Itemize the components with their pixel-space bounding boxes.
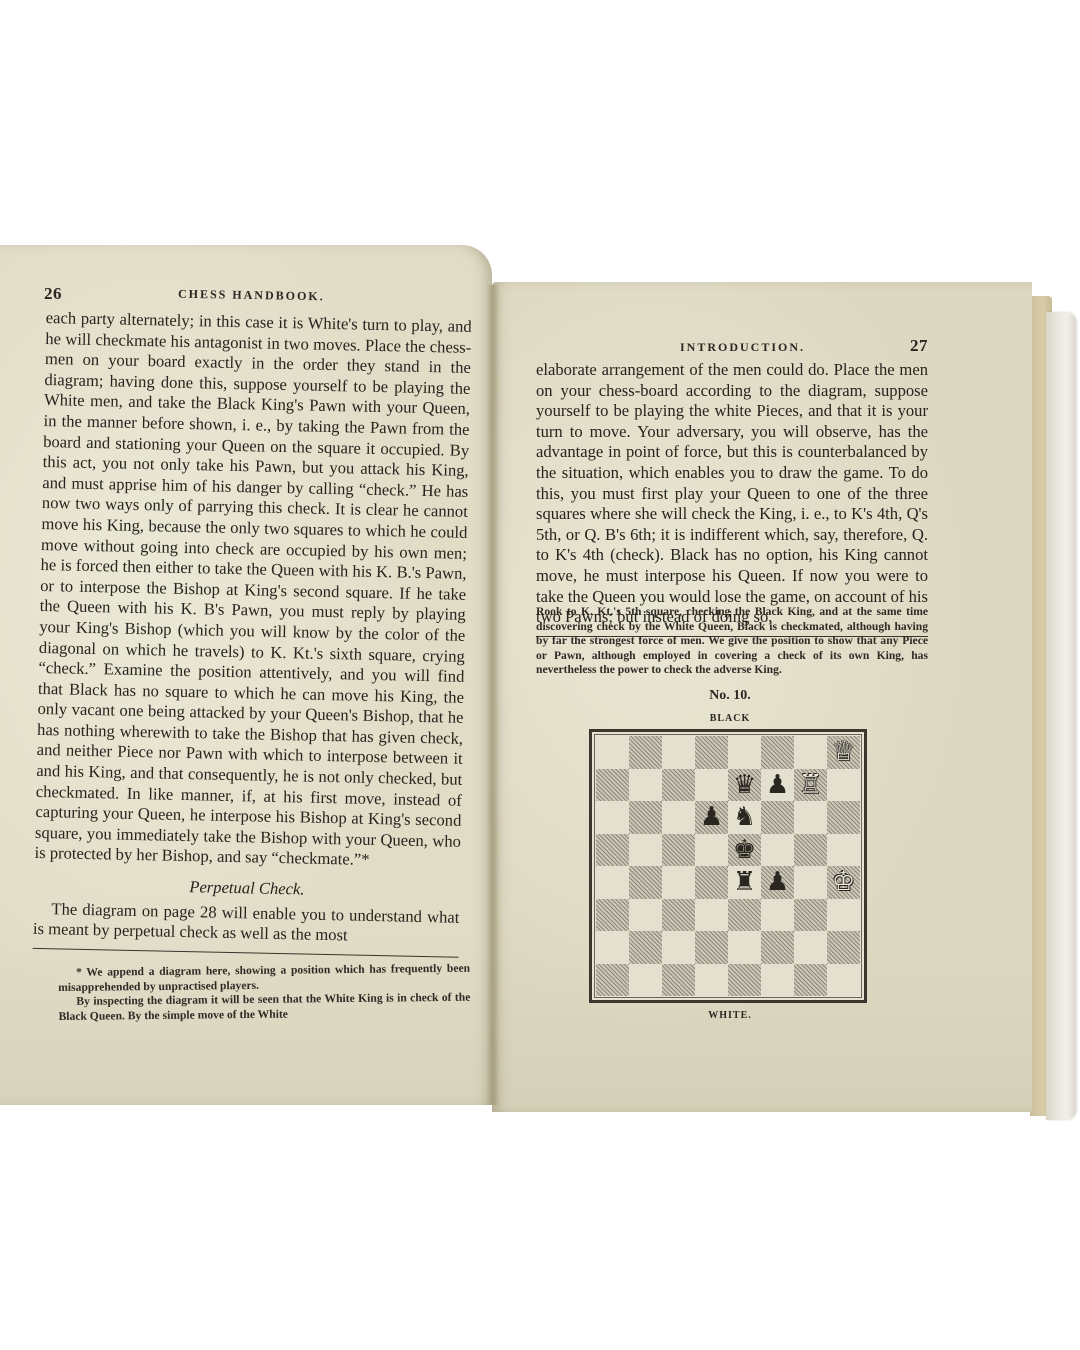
black-pawn-icon: ♟ — [766, 869, 789, 895]
board-square: ♚ — [728, 834, 761, 867]
white-queen-icon: ♕ — [832, 739, 855, 765]
chess-diagram: ♕♛♟♖♟♞♚♜♟♔ — [589, 729, 867, 1003]
board-square — [761, 964, 794, 997]
book-gutter — [486, 285, 500, 1105]
board-square — [629, 801, 662, 834]
board-square — [761, 736, 794, 769]
board-square — [596, 736, 629, 769]
footnote: * We append a diagram here, showing a po… — [58, 962, 470, 996]
right-page-number: 27 — [910, 336, 928, 356]
board-square — [596, 834, 629, 867]
board-square — [662, 964, 695, 997]
board-square — [662, 866, 695, 899]
white-rook-icon: ♖ — [799, 772, 822, 798]
board-square — [629, 964, 662, 997]
board-square: ♞ — [728, 801, 761, 834]
board-square — [794, 801, 827, 834]
board-square: ♟ — [695, 801, 728, 834]
white-king-icon: ♔ — [832, 869, 855, 895]
open-book: 26 CHESS HANDBOOK. each party alternatel… — [0, 0, 1080, 1350]
board-square — [761, 801, 794, 834]
board-square — [629, 834, 662, 867]
board-square — [728, 736, 761, 769]
diagram-label-black: BLACK — [680, 713, 780, 724]
board-square — [662, 769, 695, 802]
board-square: ♖ — [794, 769, 827, 802]
board-square — [761, 834, 794, 867]
left-paragraph: each party alternately; in this case it … — [34, 308, 472, 873]
board-square — [827, 769, 860, 802]
board-square — [728, 899, 761, 932]
board-square — [596, 866, 629, 899]
board-square — [596, 931, 629, 964]
board-square — [629, 769, 662, 802]
board-square — [827, 899, 860, 932]
section-paragraph: The diagram on page 28 will enable you t… — [33, 898, 460, 948]
board-square — [662, 899, 695, 932]
board-square — [794, 834, 827, 867]
black-pawn-icon: ♟ — [700, 804, 723, 830]
board-square: ♕ — [827, 736, 860, 769]
board-square: ♜ — [728, 866, 761, 899]
left-body-text: each party alternately; in this case it … — [32, 308, 471, 964]
left-running-head: CHESS HANDBOOK. — [178, 287, 325, 305]
board-square — [695, 931, 728, 964]
diagram-number: No. 10. — [680, 688, 780, 704]
board-square — [662, 801, 695, 834]
board-square — [695, 736, 728, 769]
board-square — [662, 834, 695, 867]
black-pawn-icon: ♟ — [766, 772, 789, 798]
board-square: ♟ — [761, 769, 794, 802]
black-king-icon: ♚ — [733, 837, 756, 863]
board-square — [629, 866, 662, 899]
board-square — [827, 964, 860, 997]
board-square — [827, 801, 860, 834]
right-paragraph: elaborate arrangement of the men could d… — [536, 360, 928, 628]
board-square — [794, 899, 827, 932]
board-square — [695, 834, 728, 867]
right-footnote: Rook to K. Kt.'s 5th square, checking th… — [536, 605, 928, 678]
diagram-label-white: WHITE. — [680, 1010, 780, 1021]
board-square — [596, 801, 629, 834]
board-square — [596, 769, 629, 802]
board-square — [695, 866, 728, 899]
board-square — [794, 964, 827, 997]
right-body-text: elaborate arrangement of the men could d… — [536, 360, 928, 643]
board-square — [629, 736, 662, 769]
chess-board: ♕♛♟♖♟♞♚♜♟♔ — [596, 736, 860, 996]
footnote: By inspecting the diagram it will be see… — [58, 991, 470, 1025]
board-square — [695, 769, 728, 802]
right-running-head: INTRODUCTION. — [680, 340, 805, 355]
board-square — [827, 931, 860, 964]
board-square — [596, 899, 629, 932]
board-square — [794, 866, 827, 899]
board-square — [827, 834, 860, 867]
board-square — [728, 931, 761, 964]
left-footnotes: * We append a diagram here, showing a po… — [58, 962, 471, 1025]
board-square — [728, 964, 761, 997]
board-square: ♟ — [761, 866, 794, 899]
board-square — [761, 899, 794, 932]
board-square — [794, 931, 827, 964]
board-square — [794, 736, 827, 769]
footnote: Rook to K. Kt.'s 5th square, checking th… — [536, 605, 928, 678]
left-page-number: 26 — [44, 284, 62, 304]
board-square — [629, 931, 662, 964]
black-rook-icon: ♜ — [733, 869, 756, 895]
board-square — [596, 964, 629, 997]
board-square: ♛ — [728, 769, 761, 802]
board-square — [662, 931, 695, 964]
black-knight-icon: ♞ — [733, 804, 756, 830]
board-square — [695, 964, 728, 997]
board-square — [695, 899, 728, 932]
black-queen-icon: ♛ — [733, 772, 756, 798]
book-cover-edge — [1046, 312, 1076, 1120]
board-square: ♔ — [827, 866, 860, 899]
board-square — [761, 931, 794, 964]
board-square — [662, 736, 695, 769]
board-square — [629, 899, 662, 932]
